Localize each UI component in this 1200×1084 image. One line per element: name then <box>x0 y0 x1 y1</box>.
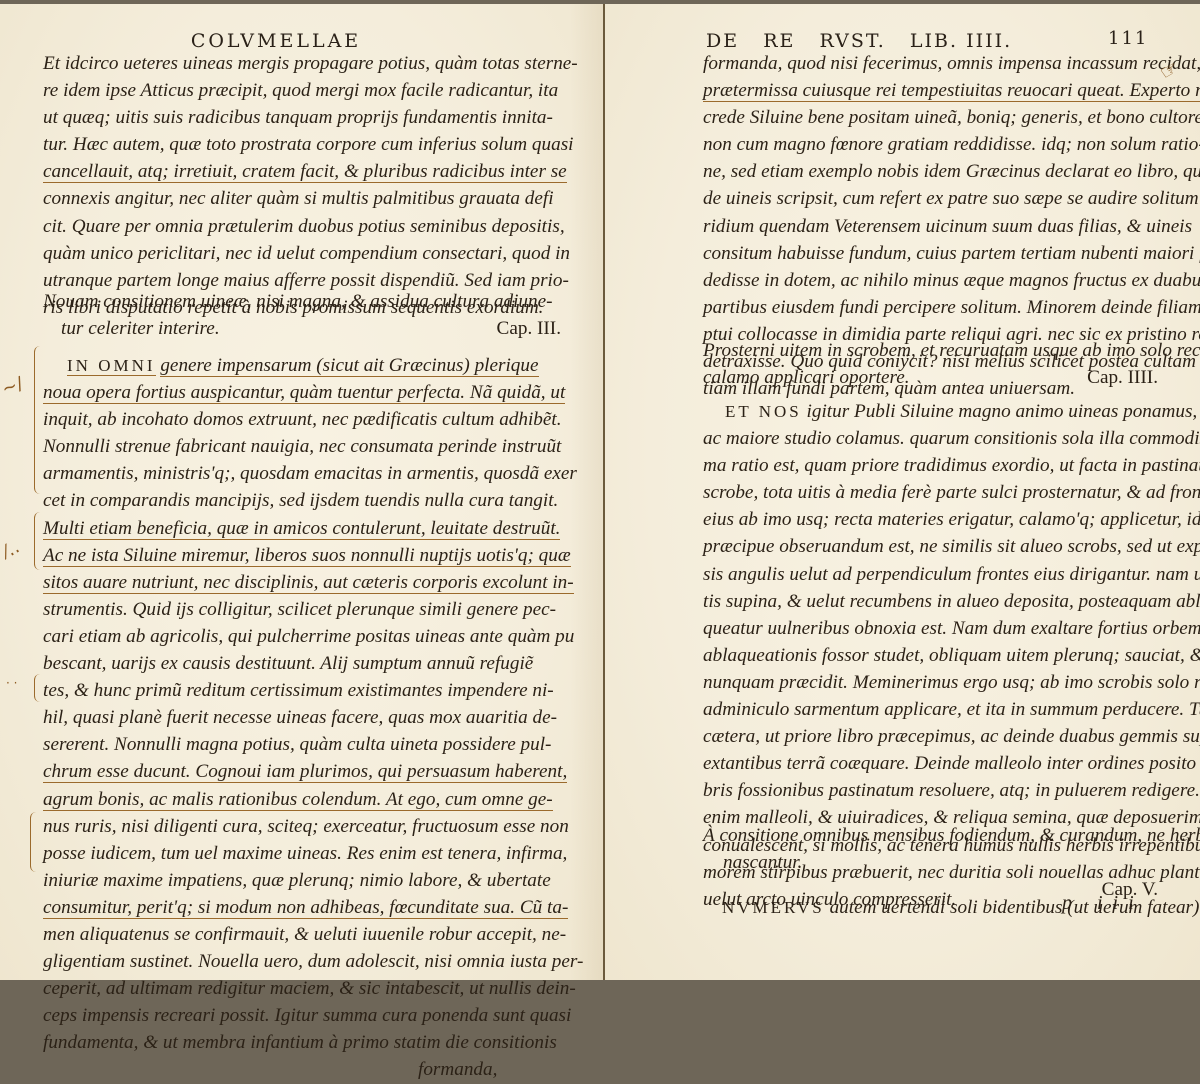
text-line: ne, sed etiam exemplo nobis idem Græcinu… <box>703 158 1200 185</box>
initial-words: IN OMNI <box>67 356 156 376</box>
text-line: ut quæq; uitis suis radicibus tanquam pr… <box>43 104 578 131</box>
text-line: hil, quasi planè fuerit necesse uineas f… <box>43 704 583 731</box>
text-line: de uineis scripsit, cum refert ex patre … <box>703 185 1200 212</box>
text-line: præcipue obseruandum est, ne similis sit… <box>703 533 1200 560</box>
underlined-text: chrum esse ducunt. Cognoui iam plurimos,… <box>43 761 567 783</box>
underlined-text: sitos auare nutriunt, nec disciplinis, a… <box>43 572 574 594</box>
text-line: cit. Quare per omnia prætulerim duobus p… <box>43 213 578 240</box>
text-line: iniuriæ maxime impatiens, quæ plerunq; n… <box>43 867 583 894</box>
summary-line: tur celeriter interire. Cap. III. <box>43 315 561 342</box>
page-number: 111 <box>1108 28 1148 49</box>
left-running-head: COLVMELLAE <box>176 30 376 52</box>
margin-bracket <box>34 346 43 494</box>
text-line: ma ratio est, quam priore tradidimus exo… <box>703 452 1200 479</box>
text-rest: igitur Publi Siluine magno animo uineas … <box>807 401 1198 422</box>
text-line: cætera, ut priore libro præcepimus, ac d… <box>703 723 1200 750</box>
book-spread: COLVMELLAE Et idcirco ueteres uineas mer… <box>0 4 1200 980</box>
text-line: agrum bonis, ac malis rationibus colendu… <box>43 786 583 813</box>
text-line: bris fossionibus pastinatum resoluere, a… <box>703 777 1200 804</box>
underlined-text: agrum bonis, ac malis rationibus colendu… <box>43 789 553 811</box>
chapter-label: Cap. IIII. <box>1087 364 1158 391</box>
underlined-text: noua opera fortius auspicantur, quàm tue… <box>43 382 565 404</box>
underlined-text: Ac ne ista Siluine miremur, liberos suos… <box>43 545 571 567</box>
summary-line: Nouam consitionem uineæ, nisi magna, & a… <box>43 288 561 315</box>
text-line: ET NOS igitur Publi Siluine magno animo … <box>703 398 1200 425</box>
text-line: re idem ipse Atticus præcipit, quod merg… <box>43 77 578 104</box>
chapter-label: Cap. III. <box>497 315 561 342</box>
text-line: ridium quendam Veterensem uicinum suum d… <box>703 213 1200 240</box>
margin-bracket <box>34 512 43 570</box>
initial-words: ET NOS <box>725 402 802 421</box>
summary-text: tur celeriter interire. <box>61 318 220 339</box>
text-line: armamentis, ministris'q;, quosdam emacit… <box>43 460 583 487</box>
text-line: tes, & hunc primũ reditum certissimum ex… <box>43 677 583 704</box>
text-line: tis supina, & uelut recumbens in alueo d… <box>703 588 1200 615</box>
text-line: eius ab imo usq; recta materies erigatur… <box>703 506 1200 533</box>
text-line: men aliquatenus se confirmauit, & ueluti… <box>43 921 583 948</box>
left-paragraph-1: Et idcirco ueteres uineas mergis propaga… <box>43 50 578 321</box>
text-line: ablaqueationis fossor studet, obliquam u… <box>703 642 1200 669</box>
underlined-text: genere impensarum (sicut ait Græcinus) p… <box>160 355 538 377</box>
summary-line: À consitione omnibus mensibus fodiendum,… <box>703 822 1158 849</box>
text-line: consitum habuisse fundum, cuius partem t… <box>703 240 1200 267</box>
text-line: queatur uulneribus obnoxia est. Nam dum … <box>703 615 1200 642</box>
text-line: non cum magno fœnore gratiam reddidisse.… <box>703 131 1200 158</box>
text-line: Et idcirco ueteres uineas mergis propaga… <box>43 50 578 77</box>
text-line: strumentis. Quid ijs colligitur, scilice… <box>43 596 583 623</box>
initial-words: NVMERVS <box>722 898 825 917</box>
underlined-text: Multi etiam beneficia, quæ in amicos con… <box>43 518 560 540</box>
signature-mark: p iii <box>1062 892 1144 915</box>
text-line: scrobe, tota uitis à media ferè parte su… <box>703 479 1200 506</box>
text-line: dedisse in dotem, ac nihilo minus æque m… <box>703 267 1200 294</box>
gutter-shadow <box>570 4 603 980</box>
text-line: adminiculo sarmentum applicare, et ita i… <box>703 696 1200 723</box>
text-line: cet in comparandis mancipijs, sed ijsdem… <box>43 487 583 514</box>
right-running-head: DE RE RVST. LIB. IIII. <box>706 30 1136 52</box>
underlined-text: consumitur, perit'q; si modum non adhibe… <box>43 897 568 919</box>
text-line: crede Siluine bene positam uineã, boniq;… <box>703 104 1200 131</box>
summary-line: calamo applicari oportere. Cap. IIII. <box>703 364 1158 391</box>
text-line: sis angulis uelut ad perpendiculum front… <box>703 561 1200 588</box>
text-line: connexis angitur, nec aliter quàm si mul… <box>43 185 578 212</box>
text-line: ceperit, ad ultimam redigitur maciem, & … <box>43 975 583 980</box>
text-line: cari etiam ab agricolis, qui pulcherrime… <box>43 623 583 650</box>
margin-bracket <box>34 674 43 702</box>
text-line: ac maiore studio colamus. quarum consiti… <box>703 425 1200 452</box>
text-line: inquit, ab incohato domos extruunt, nec … <box>43 406 583 433</box>
text-line: partibus eiusdem fundi percipere solitum… <box>703 294 1200 321</box>
text-line: sererent. Nonnulli magna potius, quàm cu… <box>43 731 583 758</box>
text-line: Multi etiam beneficia, quæ in amicos con… <box>43 515 583 542</box>
summary-text: calamo applicari oportere. <box>703 367 910 388</box>
text-line: chrum esse ducunt. Cognoui iam plurimos,… <box>43 758 583 785</box>
underlined-text: prætermissa cuiusque rei tempestiuitas r… <box>703 80 1200 102</box>
underlined-text: cancellauit, atq; irretiuit, cratem faci… <box>43 161 567 183</box>
right-chapter-summary: Prosterni uitem in scrobem, et recuruata… <box>703 337 1158 391</box>
text-line: gligentiam sustinet. Nouella uero, dum a… <box>43 948 583 975</box>
margin-dot-mark: · · <box>6 676 17 690</box>
text-line: quàm unico periclitari, nec id uelut com… <box>43 240 578 267</box>
text-line: noua opera fortius auspicantur, quàm tue… <box>43 379 583 406</box>
margin-pointer-mark: ⁄‥ <box>0 537 23 563</box>
text-line: formanda, quod nisi fecerimus, omnis imp… <box>703 50 1200 77</box>
text-line: sitos auare nutriunt, nec disciplinis, a… <box>43 569 583 596</box>
text-line: tur. Hæc autem, quæ toto prostrata corpo… <box>43 131 578 158</box>
summary-line: Prosterni uitem in scrobem, et recuruata… <box>703 337 1158 364</box>
text-line: Nonnulli strenue fabricant nauigia, nec … <box>43 433 583 460</box>
text-line: cancellauit, atq; irretiuit, cratem faci… <box>43 158 578 185</box>
left-chapter-summary: Nouam consitionem uineæ, nisi magna, & a… <box>43 288 561 342</box>
text-line: Ac ne ista Siluine miremur, liberos suos… <box>43 542 583 569</box>
text-line: prætermissa cuiusque rei tempestiuitas r… <box>703 77 1200 104</box>
text-line: nunquam præcidit. Meminerimus ergo usq; … <box>703 669 1200 696</box>
text-line: bescant, uarijs ex causis destituunt. Al… <box>43 650 583 677</box>
text-line: nus ruris, nisi diligenti cura, sciteq; … <box>43 813 583 840</box>
text-line: IN OMNI genere impensarum (sicut ait Græ… <box>43 352 583 379</box>
left-page: COLVMELLAE Et idcirco ueteres uineas mer… <box>0 4 603 980</box>
text-line: extantibus terrã coæquare. Deinde malleo… <box>703 750 1200 777</box>
text-line: consumitur, perit'q; si modum non adhibe… <box>43 894 583 921</box>
left-paragraph-2: IN OMNI genere impensarum (sicut ait Græ… <box>43 352 583 980</box>
margin-pointer-mark: ~/ <box>0 373 26 400</box>
summary-line: nascantur. <box>703 849 1158 876</box>
margin-bracket <box>30 812 39 872</box>
text-line: posse iudicem, tum uel maxime uineas. Re… <box>43 840 583 867</box>
